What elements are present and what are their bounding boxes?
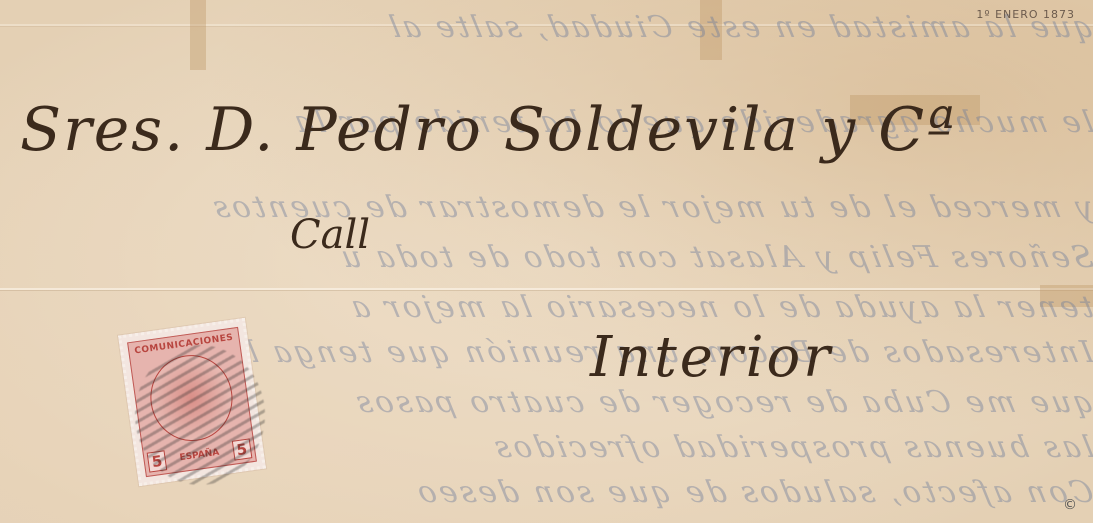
- bleed-through-line: Señores Felip y Alasat con todo de toda …: [0, 240, 1093, 275]
- date-stamp: 1º ENERO 1873: [976, 8, 1075, 21]
- city-line: Interior: [590, 325, 833, 390]
- letter-cover: que la amistad en este Ciudad, salte al …: [0, 0, 1093, 523]
- copyright-mark: ©: [1063, 497, 1077, 513]
- bleed-through-line: que la amistad en este Ciudad, salte al: [0, 10, 1093, 45]
- bleed-through-line: tener la ayuda de lo necesario la mejor …: [0, 290, 1093, 325]
- bleed-through-line: y merced el de tu mejor le demostrar de …: [0, 190, 1093, 225]
- street-line: Call: [290, 212, 370, 258]
- addressee-line: Sres. D. Pedro Soldevila y Cª: [20, 95, 957, 165]
- postmark-cancel: [135, 345, 265, 485]
